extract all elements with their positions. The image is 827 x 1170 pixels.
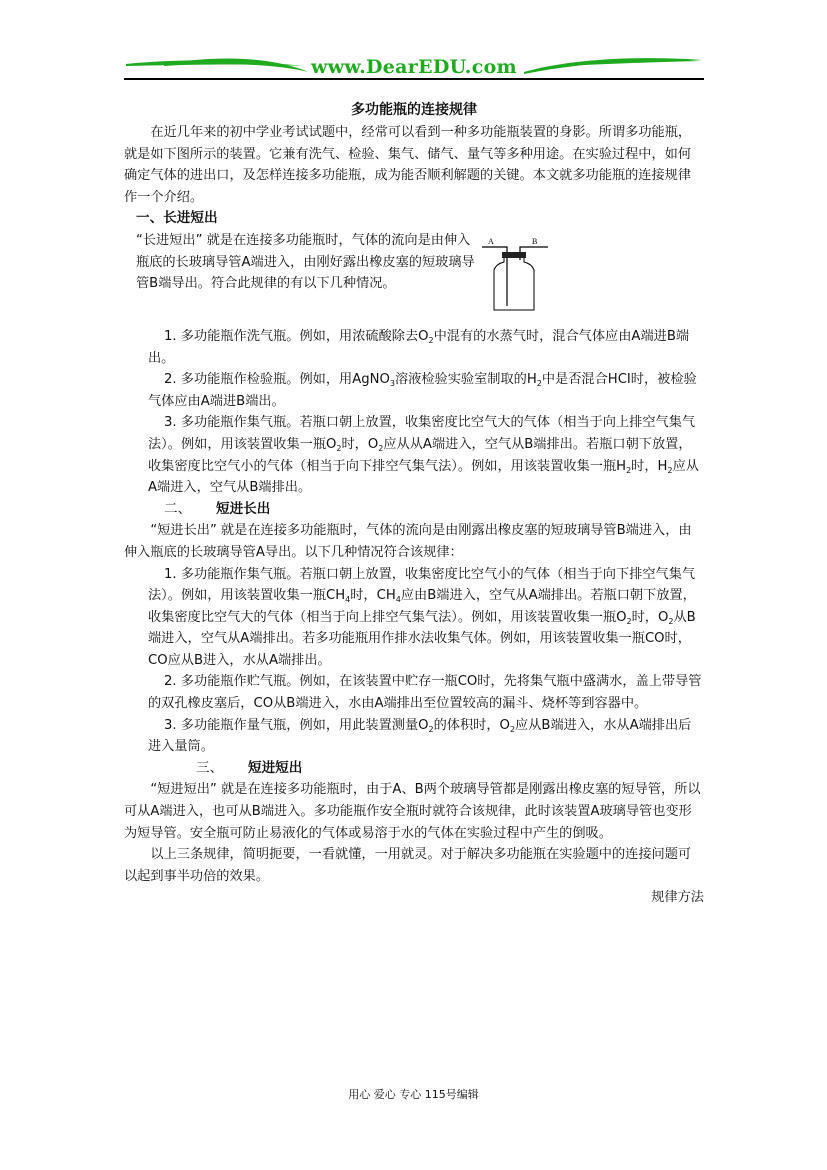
conclusion-paragraph: 以上三条规律，简明扼要，一看就懂，一用就灵。对于解决多功能瓶在实验题中的连接问题… xyxy=(124,844,704,887)
section-1-item-1: 1. 多功能瓶作洗气瓶。例如，用浓硫酸除去O2中混有的水蒸气时，混合气体应由A端… xyxy=(124,326,704,369)
section-1-item-3: 3. 多功能瓶作集气瓶。若瓶口朝上放置，收集密度比空气大的气体（相当于向上排空气… xyxy=(124,412,704,498)
section-1-heading: 一、长进短出 xyxy=(124,208,704,230)
section-2-item-1: 1. 多功能瓶作集气瓶。若瓶口朝上放置，收集密度比空气小的气体（相当于向下排空气… xyxy=(124,564,704,672)
section-2-heading: 二、短进长出 xyxy=(124,499,704,521)
label-b: B xyxy=(532,237,537,246)
section-3-description: “短进短出” 就是在连接多功能瓶时，由于A、B两个玻璃导管都是刚露出橡皮塞的短导… xyxy=(124,779,704,844)
section-2-description: “短进长出” 就是在连接多功能瓶时，气体的流向是由刚露出橡皮塞的短玻璃导管B端进… xyxy=(124,520,704,563)
section-1-item-2: 2. 多功能瓶作检验瓶。例如，用AgNO3溶液检验实验室制取的H2中是否混合HC… xyxy=(124,369,704,412)
bottle-diagram-icon: A B xyxy=(480,234,550,314)
site-header: www.DearEDU.com xyxy=(124,52,704,80)
section-1-description-block: “长进短出” 就是在连接多功能瓶时，气体的流向是由伸入瓶底的长玻璃导管A端进入，… xyxy=(124,230,704,326)
section-2-item-3: 3. 多功能瓶作量气瓶，例如，用此装置测量O2的体积时，O2应从B端进入，水从A… xyxy=(124,715,704,758)
section-3-heading: 三、短进短出 xyxy=(124,758,704,780)
site-logo-text: www.DearEDU.com xyxy=(307,56,521,78)
page-footer: 用心 爱心 专心 115号编辑 xyxy=(0,1086,827,1102)
section-1-description: “长进短出” 就是在连接多功能瓶时，气体的流向是由伸入瓶底的长玻璃导管A端进入，… xyxy=(136,230,476,295)
document-title: 多功能瓶的连接规律 xyxy=(124,100,704,122)
intro-paragraph: 在近几年来的初中学业考试试题中，经常可以看到一种多功能瓶装置的身影。所谓多功能瓶… xyxy=(124,122,704,208)
category-label: 规律方法 xyxy=(124,887,704,909)
document-body: 多功能瓶的连接规律 在近几年来的初中学业考试试题中，经常可以看到一种多功能瓶装置… xyxy=(124,100,704,909)
section-2-item-2: 2. 多功能瓶作贮气瓶。例如，在该装置中贮存一瓶CO时，先将集气瓶中盛满水，盖上… xyxy=(124,671,704,714)
label-a: A xyxy=(488,237,494,246)
header-divider xyxy=(124,78,704,80)
